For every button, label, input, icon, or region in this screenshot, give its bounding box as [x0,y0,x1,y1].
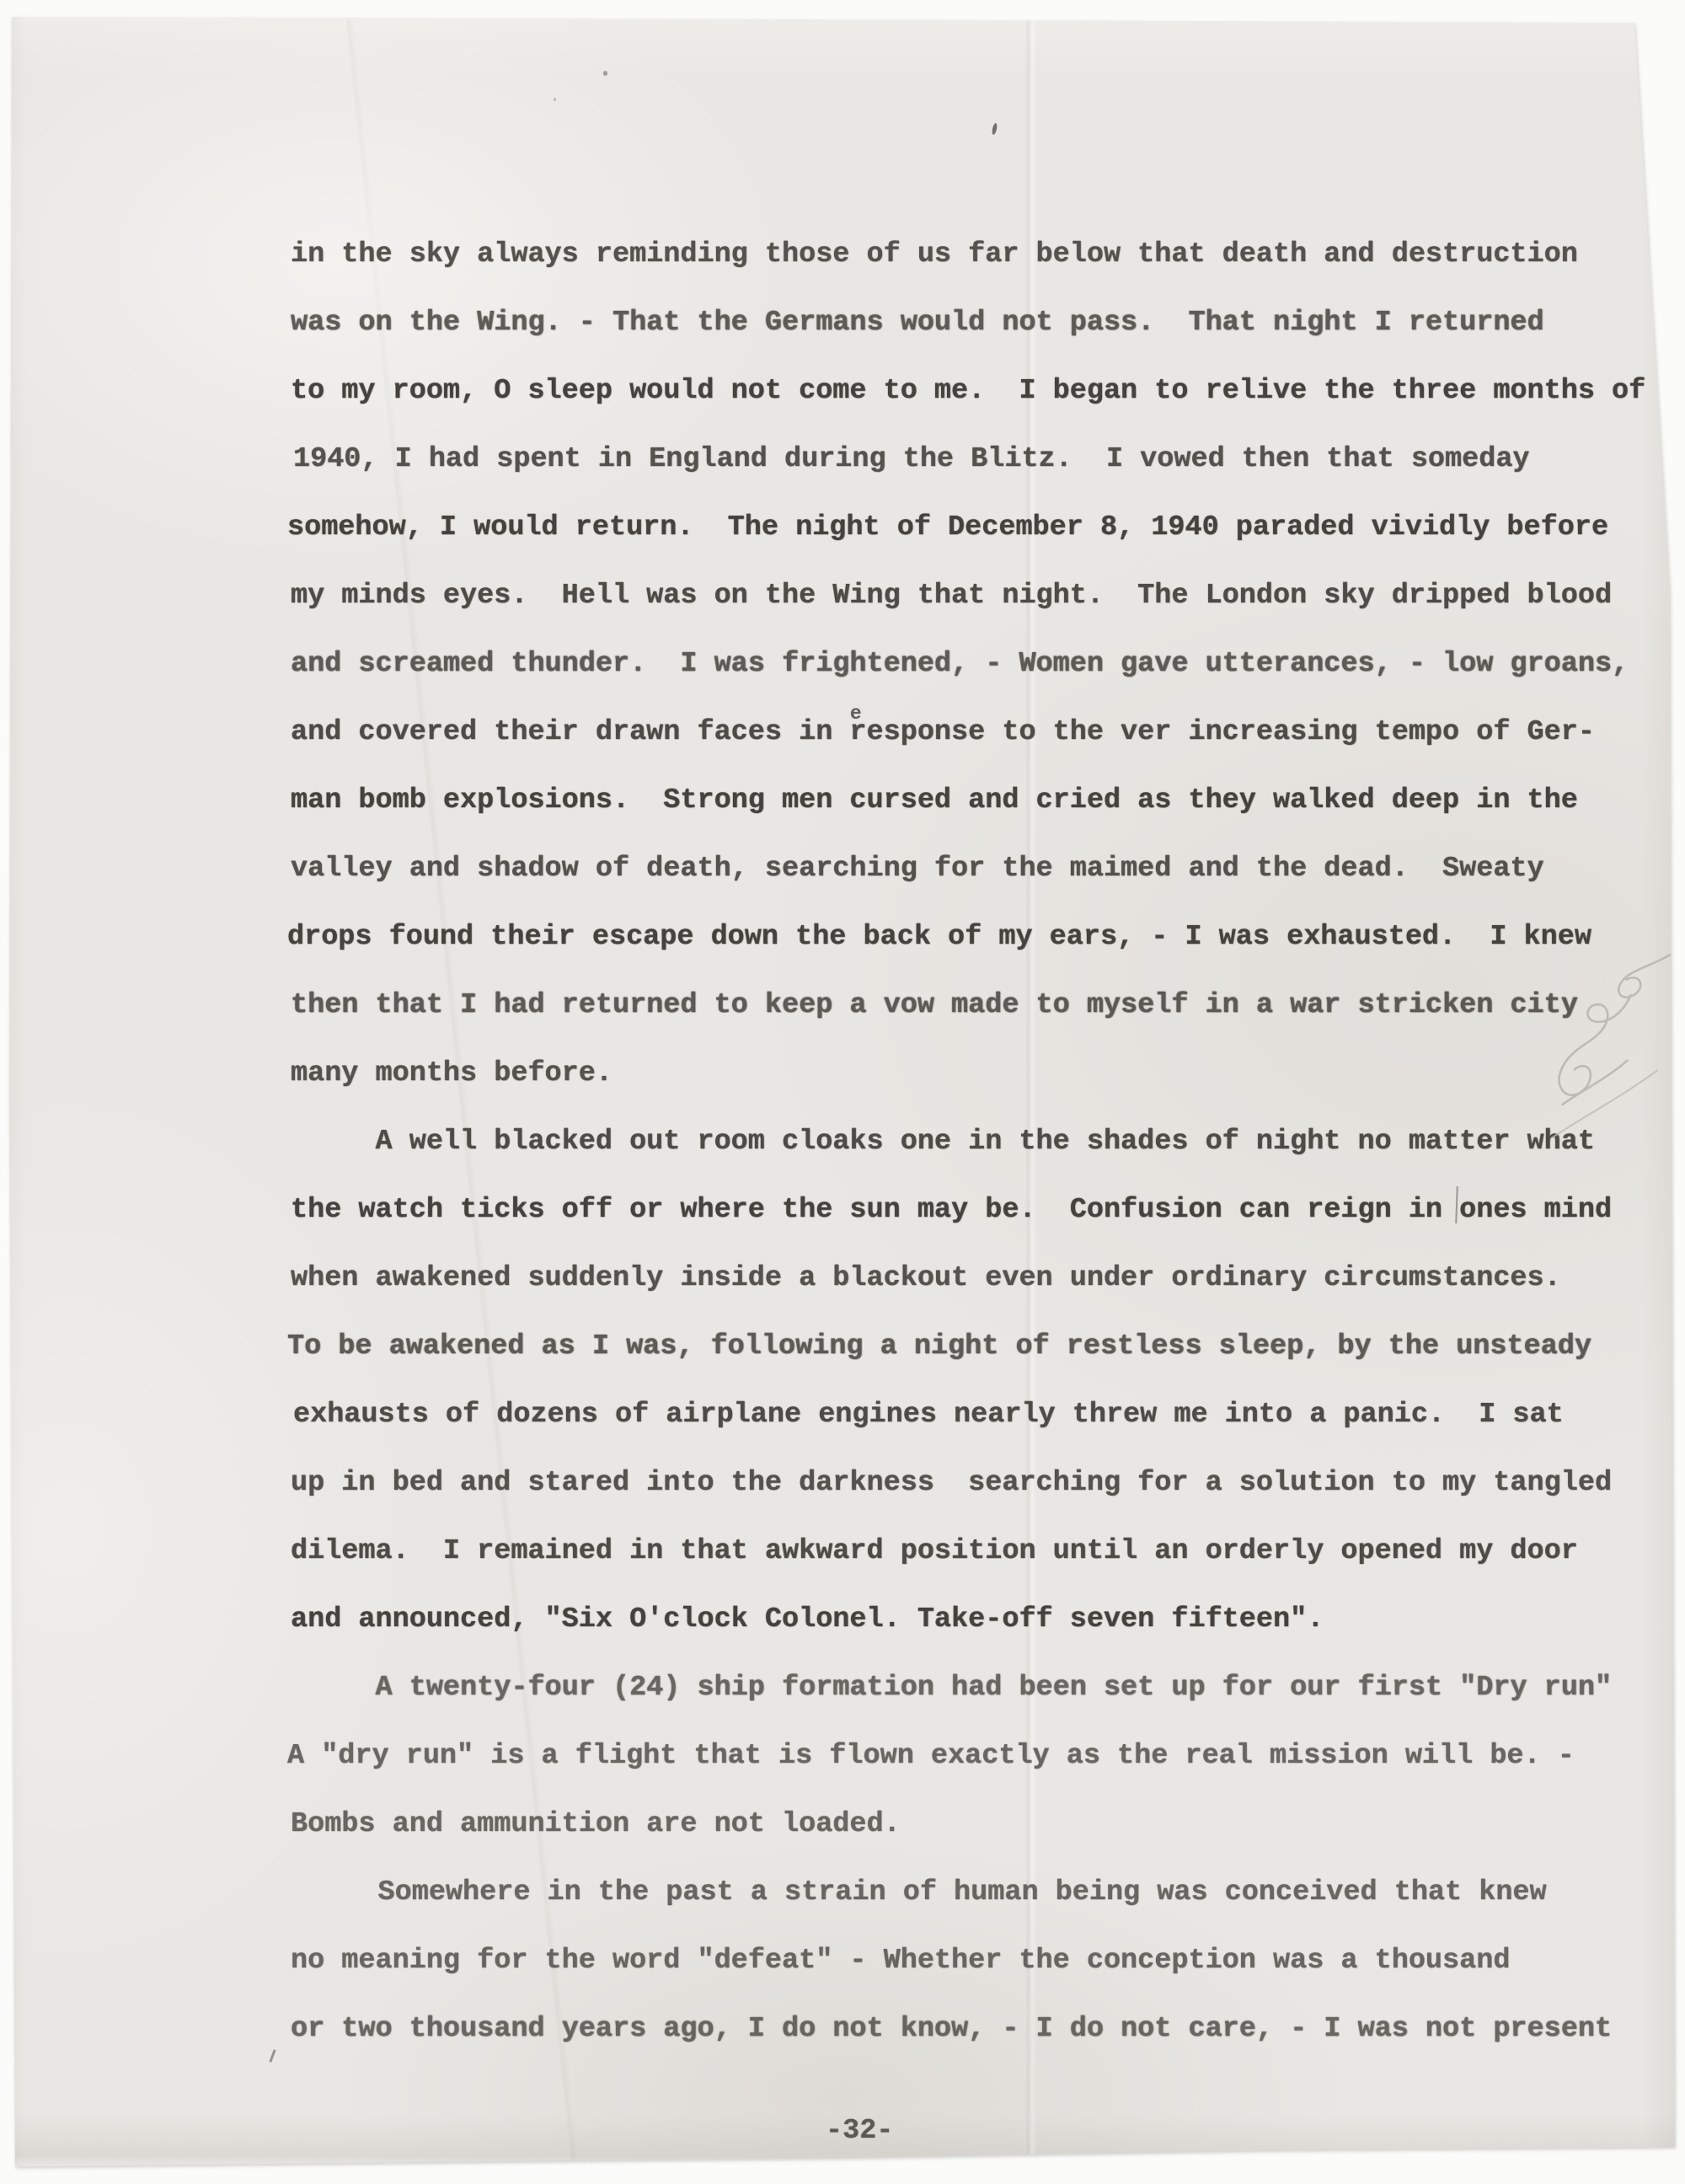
text-line: and announced, "Six O'clock Colonel. Tak… [291,1586,1656,1654]
text-line: Somewhere in the past a strain of human … [293,1859,1658,1927]
text-line: Bombs and ammunition are not loaded. [291,1791,1656,1859]
text-line: the watch ticks off or where the sun may… [291,1176,1656,1245]
text-line: was on the Wing. - That the Germans woul… [291,289,1656,357]
text-line: exhausts of dozens of airplane engines n… [293,1381,1658,1449]
text-line: and covered their drawn faces in respons… [291,699,1656,767]
text-line: and screamed thunder. I was frightened, … [291,630,1656,699]
text-line: drops found their escape down the back o… [287,903,1652,972]
pencil-tick-mark [269,2049,275,2063]
text-line: dilema. I remained in that awkward posit… [291,1518,1656,1586]
text-line: no meaning for the word "defeat" - Wheth… [291,1927,1656,1995]
text-line: to my room, O sleep would not come to me… [291,357,1656,426]
text-line: valley and shadow of death, searching fo… [291,835,1656,903]
typescript-page: in the sky always reminding those of us … [0,0,1685,2184]
text-line: To be awakened as I was, following a nig… [287,1313,1652,1381]
text-line: up in bed and stared into the darkness s… [291,1449,1656,1518]
text-line: somehow, I would return. The night of De… [287,494,1652,562]
ink-speck [554,98,556,101]
text-line: or two thousand years ago, I do not know… [291,1995,1656,2064]
typed-superscript-correction: e [850,680,862,748]
pencil-scribble [1534,938,1685,1164]
text-line: 1940, I had spent in England during the … [293,426,1658,494]
text-line: A "dry run" is a flight that is flown ex… [287,1722,1652,1791]
ink-speck [992,123,998,136]
insertion-mark [1455,1186,1458,1223]
text-line: in the sky always reminding those of us … [291,221,1656,289]
text-line: A well blacked out room cloaks one in th… [291,1108,1656,1176]
scan-background: in the sky always reminding those of us … [0,0,1685,2184]
text-line: when awakened suddenly inside a blackout… [291,1245,1656,1313]
ink-speck [603,71,607,76]
text-line: my minds eyes. Hell was on the Wing that… [291,562,1656,630]
text-line: then that I had returned to keep a vow m… [291,972,1656,1040]
page-number: -32- [826,2097,893,2165]
typewritten-lines: in the sky always reminding those of us … [291,221,1656,2064]
text-line: many months before. [291,1040,1656,1108]
text-line: man bomb explosions. Strong men cursed a… [291,767,1656,835]
text-line: A twenty-four (24) ship formation had be… [291,1654,1656,1722]
